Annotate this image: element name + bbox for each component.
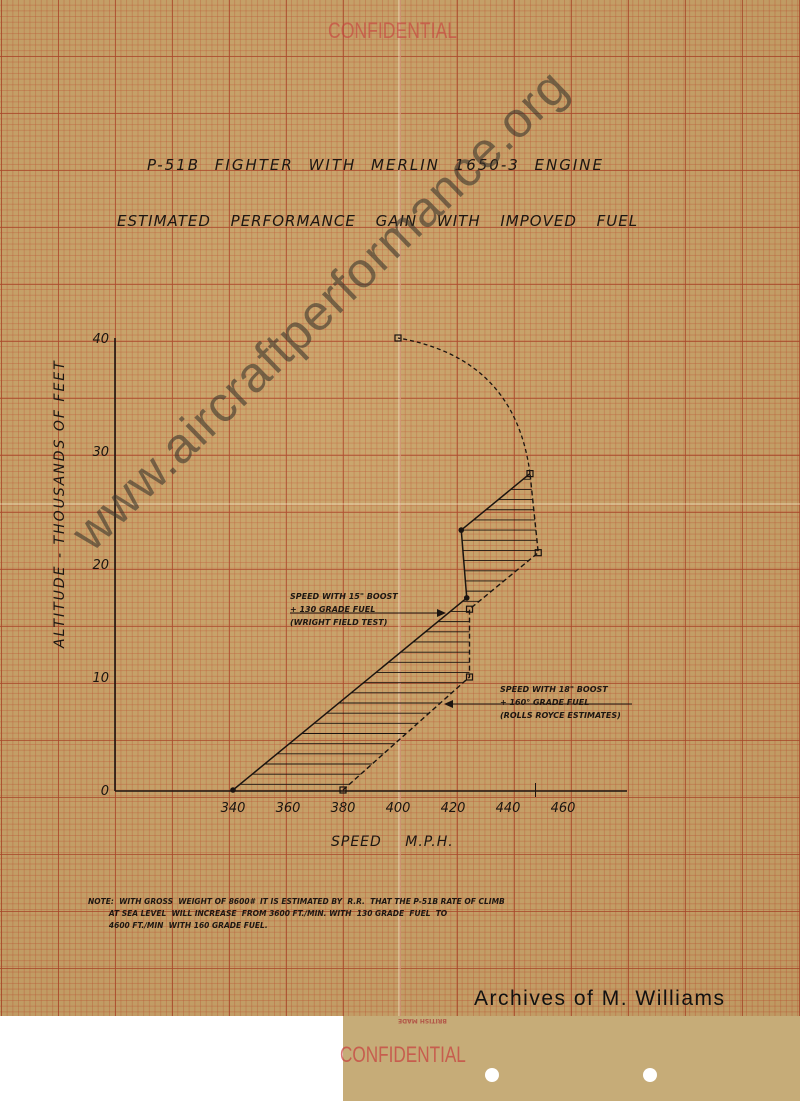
punch-hole-right: [643, 1068, 657, 1082]
series-130-grade-line: [233, 474, 530, 790]
paper-maker-mark: BRITISH MADE: [398, 1017, 447, 1024]
data-point-130: [230, 787, 236, 793]
archive-credit: Archives of M. Williams: [474, 987, 726, 1011]
y-tick-label: 20: [92, 558, 109, 573]
confidential-stamp-bottom: CONFIDENTIAL: [340, 1042, 466, 1068]
data-point-130: [464, 595, 470, 601]
data-point-130: [458, 527, 464, 533]
chart-note: NOTE: WITH GROSS WEIGHT OF 8600# IT IS E…: [88, 896, 505, 932]
y-tick-label: 40: [92, 332, 109, 347]
x-tick-label: 380: [331, 801, 356, 816]
x-tick-label: 420: [441, 801, 466, 816]
punch-hole-left: [485, 1068, 499, 1082]
annotation-160-grade: SPEED WITH 18" BOOST + 160° GRADE FUEL (…: [500, 683, 621, 722]
y-tick-label: 0: [101, 784, 109, 799]
series-160-grade-curve: [398, 338, 530, 474]
y-tick-label: 30: [92, 445, 109, 460]
annotation-130-grade: SPEED WITH 15" BOOST + 130 GRADE FUEL (W…: [290, 590, 398, 629]
x-tick-label: 340: [221, 801, 246, 816]
x-tick-label: 460: [551, 801, 576, 816]
x-tick-label: 400: [386, 801, 411, 816]
arrowhead: [444, 700, 453, 708]
x-tick-label: 360: [276, 801, 301, 816]
performance-chart: 010203040340360380400420440460: [0, 0, 800, 1016]
x-tick-label: 440: [496, 801, 521, 816]
y-tick-label: 10: [92, 671, 109, 686]
